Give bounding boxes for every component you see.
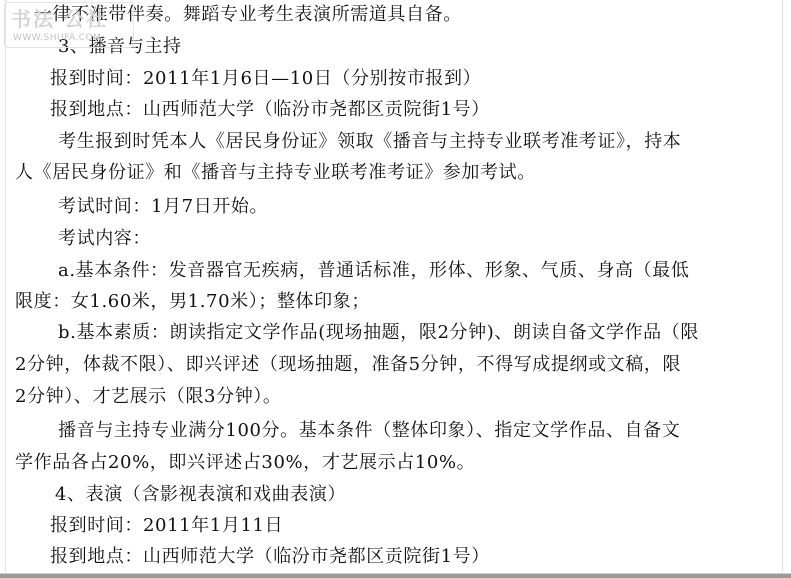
scoring-line2: 学作品各占20%，即兴评述占30%，才艺展示占10%。 bbox=[15, 452, 475, 474]
basic-conditions-line1: a.基本条件：发音器官无疾病，普通话标准，形体、形象、气质、身高（最低 bbox=[58, 260, 689, 282]
performance-registration-time: 报到时间：2011年1月11日 bbox=[50, 515, 283, 537]
paragraph-id-requirement-line2: 人《居民身份证》和《播音与主持专业联考准考证》参加考试。 bbox=[15, 162, 536, 184]
right-border bbox=[782, 0, 783, 572]
section-heading-broadcasting: 3、播音与主持 bbox=[58, 36, 182, 58]
section-heading-performance: 4、表演（含影视表演和戏曲表演） bbox=[55, 484, 346, 506]
exam-time: 考试时间：1月7日开始。 bbox=[58, 196, 268, 218]
basic-qualities-line3: 2分钟）、才艺展示（限3分钟）。 bbox=[15, 386, 282, 408]
text-line-continuation: 一律不准带伴奏。舞蹈专业考生表演所需道具自备。 bbox=[34, 4, 462, 26]
performance-registration-location: 报到地点：山西师范大学（临汾市尧都区贡院街1号） bbox=[50, 546, 490, 568]
paragraph-id-requirement-line1: 考生报到时凭本人《居民身份证》领取《播音与主持专业联考准考证》，持本 bbox=[58, 131, 681, 153]
scoring-line1: 播音与主持专业满分100分。基本条件（整体印象）、指定文学作品、自备文 bbox=[58, 420, 680, 442]
basic-qualities-line2: 2分钟，体裁不限）、即兴评述（现场抽题，准备5分钟，不得写成提纲或文稿，限 bbox=[15, 354, 681, 376]
bottom-border bbox=[0, 573, 791, 578]
basic-qualities-line1: b.基本素质：朗读指定文学作品(现场抽题，限2分钟)、朗读自备文学作品（限 bbox=[58, 322, 699, 344]
registration-time: 报到时间：2011年1月6日—10日（分别按市报到） bbox=[50, 68, 481, 90]
left-border bbox=[5, 0, 6, 572]
basic-conditions-line2: 限度：女1.60米，男1.70米）；整体印象； bbox=[15, 291, 370, 313]
document-page: 一律不准带伴奏。舞蹈专业考生表演所需道具自备。 3、播音与主持 报到时间：201… bbox=[0, 0, 791, 578]
registration-location: 报到地点：山西师范大学（临汾市尧都区贡院街1号） bbox=[50, 99, 490, 121]
exam-content-heading: 考试内容： bbox=[58, 228, 151, 250]
